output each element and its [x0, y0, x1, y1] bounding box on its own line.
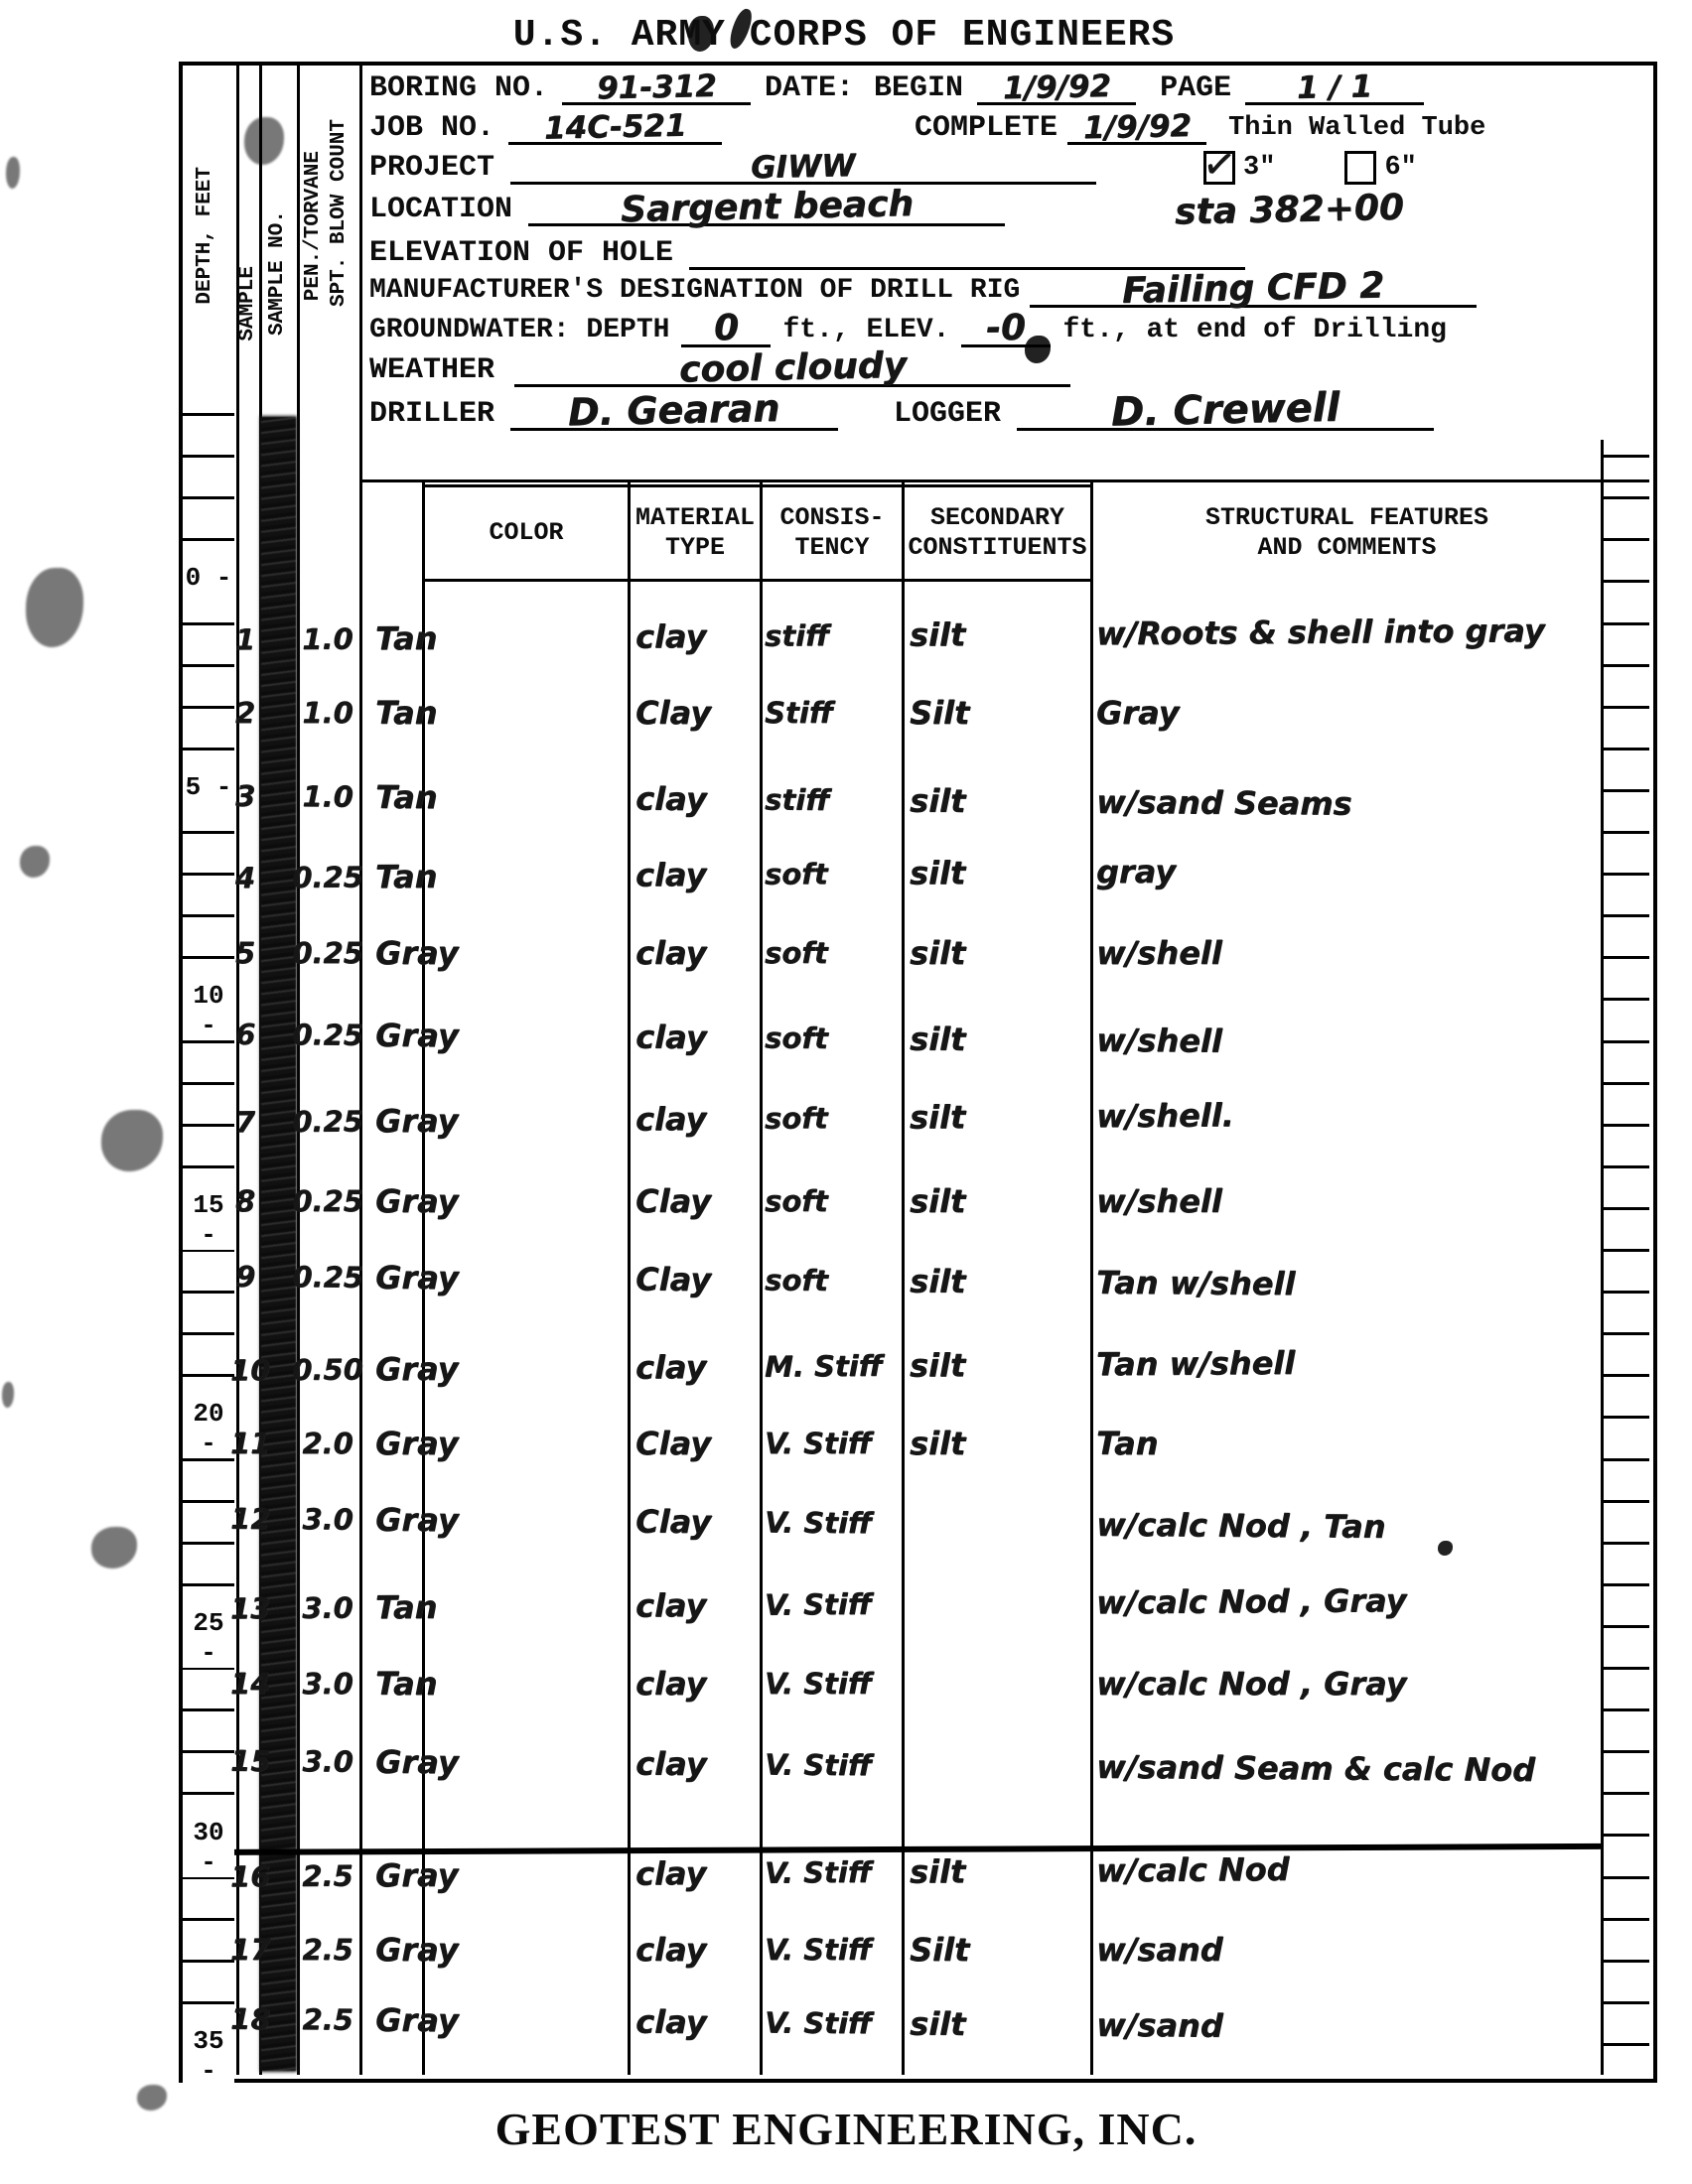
material-value: clay: [635, 1101, 757, 1138]
logger-label: LOGGER: [894, 397, 1001, 431]
table-row: 6 0.25 Gray clay soft silt w/shell: [0, 1015, 1692, 1092]
ruler-tick: [181, 496, 234, 499]
consistency-value: soft: [765, 1183, 899, 1219]
pen-torvane-value: 0.25: [288, 859, 367, 895]
sample-no-value: 7: [230, 1104, 260, 1140]
comments-value: w/calc Nod , Gray: [1096, 1580, 1648, 1620]
groundwater-label: GROUNDWATER: DEPTH: [369, 314, 669, 347]
ruler-tick: [1603, 1416, 1649, 1419]
checkbox-6in-empty: [1344, 151, 1376, 185]
comments-value: Tan w/shell: [1096, 1265, 1648, 1304]
color-value: Gray: [369, 1018, 624, 1055]
color-value: Tan: [369, 1588, 624, 1626]
column-header-material-label: MATERIAL TYPE: [635, 503, 755, 563]
material-value: clay: [635, 857, 757, 893]
consistency-value: V. Stiff: [765, 1746, 899, 1783]
table-row: 3 1.0 Tan clay stiff silt w/sand Seams: [0, 776, 1692, 854]
comments-value: w/shell: [1096, 1023, 1648, 1062]
consistency-value: V. Stiff: [765, 1666, 899, 1702]
ruler-tick: [1603, 1500, 1649, 1503]
secondary-value: silt: [910, 1852, 1078, 1889]
comments-value: w/Roots & shell into gray: [1096, 612, 1648, 651]
color-value: Gray: [369, 1350, 624, 1388]
consistency-value: Stiff: [765, 695, 899, 731]
column-header-material: MATERIAL TYPE: [628, 484, 763, 582]
begin-label: BEGIN: [874, 71, 963, 105]
comments-value: w/sand: [1096, 2007, 1648, 2047]
pen-torvane-value: 1.0: [288, 620, 367, 657]
ruler-tick: [1603, 1165, 1649, 1168]
location-label: LOCATION: [369, 193, 512, 226]
logger-value: D. Crewell: [1111, 393, 1340, 428]
sample-no-value: 8: [230, 1183, 260, 1219]
location-line: LOCATION Sargent beach sta 382+00: [369, 193, 1557, 226]
scan-artifact: [6, 157, 20, 189]
pen-torvane-value: 0.25: [288, 1103, 367, 1140]
spt-blow-count-label: SPT. BLOW COUNT: [328, 119, 351, 307]
column-header-comments: STRUCTURAL FEATURES AND COMMENTS: [1090, 484, 1604, 582]
job-no-label: JOB NO.: [369, 111, 494, 145]
color-value: Gray: [369, 1744, 624, 1782]
secondary-value: silt: [910, 615, 1078, 652]
ruler-tick: [1603, 496, 1649, 499]
sample-no-value: 5: [230, 935, 260, 971]
sample-no-value: 4: [230, 860, 260, 895]
pen-torvane-value: 1.0: [288, 778, 367, 815]
sample-no-label: SAMPLE NO.: [266, 210, 289, 336]
ruler-tick: [181, 455, 234, 458]
column-header-consistency-label: CONSIS- TENCY: [779, 503, 884, 563]
material-value: clay: [635, 1020, 757, 1056]
tube-label: Thin Walled Tube: [1228, 111, 1485, 145]
pen-torvane-value: 3.0: [288, 1743, 367, 1780]
secondary-value: silt: [910, 1183, 1078, 1219]
weather-label: WEATHER: [369, 353, 494, 387]
date-complete-value: 1/9/92: [1082, 111, 1192, 143]
gw-elev-value: -0: [986, 314, 1027, 344]
table-row: 16 2.5 Gray clay V. Stiff silt w/calc No…: [0, 1848, 1692, 1926]
job-no-line: JOB NO. 14C-521 COMPLETE 1/9/92 Thin Wal…: [369, 111, 1485, 145]
ruler-tick: [181, 538, 234, 541]
location-value: Sargent beach: [620, 190, 914, 225]
pen-torvane-value: 2.5: [288, 1857, 367, 1894]
station-value: sta 382+00: [1174, 194, 1403, 228]
drill-rig-value: Failing CFD 2: [1122, 271, 1385, 307]
ruler-tick: [1603, 455, 1649, 458]
consistency-value: V. Stiff: [765, 1426, 899, 1461]
ruler-tick: [1603, 1918, 1649, 1921]
consistency-value: V. Stiff: [765, 1854, 899, 1891]
column-header-color-label: COLOR: [489, 518, 563, 548]
pen-torvane-value: 2.0: [288, 1426, 367, 1461]
tube-3-label: 3": [1243, 151, 1275, 185]
weather-line: WEATHER cool cloudy: [369, 353, 1090, 387]
secondary-value: silt: [910, 1098, 1078, 1135]
drill-rig-line: MANUFACTURER'S DESIGNATION OF DRILL RIG …: [369, 274, 1486, 308]
ruler-tick: [181, 1082, 234, 1085]
ruler-tick: [1603, 1834, 1649, 1837]
rule-right-ruler: [1601, 440, 1604, 2075]
sample-no-value: 12: [230, 1501, 260, 1537]
company-footer: GEOTEST ENGINEERING, INC.: [0, 2103, 1692, 2155]
table-row: 18 2.5 Gray clay V. Stiff silt w/sand: [0, 1999, 1692, 2077]
consistency-value: V. Stiff: [765, 2004, 899, 2041]
color-value: Gray: [369, 1102, 624, 1140]
sample-no-value: 18: [230, 2001, 260, 2037]
consistency-value: soft: [765, 1100, 899, 1137]
table-row: 11 2.0 Gray Clay V. Stiff silt Tan: [0, 1426, 1692, 1491]
sample-no-value: 17: [230, 1932, 260, 1968]
secondary-value: silt: [910, 935, 1078, 971]
rule-header-bottom: [359, 479, 1649, 482]
material-value: clay: [635, 781, 757, 818]
pen-torvane-value: 2.5: [288, 2001, 367, 2038]
comments-value: w/sand: [1096, 1932, 1648, 1968]
boring-no-label: BORING NO.: [369, 71, 548, 105]
table-row: 1 1.0 Tan clay stiff silt w/Roots & shel…: [0, 612, 1692, 689]
sample-no-value: 1: [230, 621, 260, 657]
column-header-color: COLOR: [422, 484, 631, 582]
secondary-value: Silt: [910, 1932, 1078, 1968]
ruler-tick: [181, 1332, 234, 1335]
material-value: Clay: [635, 1426, 757, 1461]
consistency-value: stiff: [765, 617, 899, 654]
sample-no-value: 10: [230, 1352, 260, 1388]
weather-value: cool cloudy: [678, 351, 907, 386]
material-value: Clay: [635, 695, 757, 731]
comments-value: w/shell.: [1096, 1094, 1648, 1134]
driller-label: DRILLER: [369, 397, 494, 431]
color-value: Gray: [369, 935, 624, 971]
elevation-line: ELEVATION OF HOLE: [369, 236, 1261, 270]
material-value: clay: [635, 2004, 757, 2041]
table-row: 7 0.25 Gray clay soft silt w/shell.: [0, 1094, 1692, 1171]
page-value: 1 / 1: [1297, 71, 1373, 103]
comments-value: Gray: [1096, 695, 1648, 731]
secondary-value: [910, 1505, 1078, 1506]
sample-no-value: 11: [230, 1426, 260, 1461]
sample-no-value: 3: [230, 778, 260, 814]
date-label: DATE:: [765, 71, 854, 105]
project-label: PROJECT: [369, 151, 494, 185]
material-value: Clay: [635, 1504, 757, 1541]
boring-no-line: BORING NO. 91-312 DATE: BEGIN 1/9/92 PAG…: [369, 71, 1438, 105]
color-value: Gray: [369, 1183, 624, 1219]
comments-value: Tan: [1096, 1426, 1648, 1461]
check-icon: ✓: [1199, 140, 1239, 190]
pen-torvane-value: 0.25: [288, 1259, 367, 1296]
consistency-value: soft: [765, 935, 899, 971]
pen-torvane-value: 0.25: [288, 1183, 367, 1219]
material-value: Clay: [635, 1262, 757, 1298]
color-value: Gray: [369, 1426, 624, 1461]
secondary-value: silt: [910, 2005, 1078, 2042]
column-header-secondary-label: SECONDARY CONSTITUENTS: [908, 503, 1086, 563]
sample-no-value: 16: [230, 1858, 260, 1894]
column-header-comments-label: STRUCTURAL FEATURES AND COMMENTS: [1205, 503, 1488, 563]
color-value: Gray: [369, 1502, 624, 1540]
sample-no-value: 13: [230, 1590, 260, 1626]
sample-no-value: 2: [230, 695, 260, 731]
pen-torvane-value: 1.0: [288, 695, 367, 731]
consistency-value: soft: [765, 1020, 899, 1056]
color-value: Tan: [369, 1666, 624, 1702]
checkbox-3in-checked: ✓: [1203, 151, 1235, 185]
gw-mid-label: ft., ELEV.: [782, 314, 949, 347]
table-row: 2 1.0 Tan Clay Stiff Silt Gray: [0, 695, 1692, 760]
comments-value: w/calc Nod: [1096, 1848, 1648, 1888]
sample-no-value: 6: [230, 1017, 260, 1052]
table-row: 8 0.25 Gray Clay soft silt w/shell: [0, 1183, 1692, 1249]
secondary-value: silt: [910, 854, 1078, 890]
consistency-value: V. Stiff: [765, 1504, 899, 1541]
elevation-label: ELEVATION OF HOLE: [369, 236, 673, 270]
table-row: 17 2.5 Gray clay V. Stiff Silt w/sand: [0, 1932, 1692, 1997]
sample-label: SAMPLE: [236, 266, 259, 341]
pen-torvane-label: PEN./TORVANE: [302, 151, 325, 301]
table-row: 9 0.25 Gray Clay soft silt Tan w/shell: [0, 1257, 1692, 1334]
pen-torvane-value: 3.0: [288, 1501, 367, 1538]
ruler-tick: [1603, 538, 1649, 541]
consistency-value: M. Stiff: [765, 1348, 899, 1385]
complete-label: COMPLETE: [915, 111, 1057, 145]
sample-no-value: 15: [230, 1743, 260, 1779]
color-value: Tan: [369, 695, 624, 731]
project-line: PROJECT GIWW ✓ 3" 6": [369, 151, 1417, 185]
table-row: 13 3.0 Tan clay V. Stiff w/calc Nod , Gr…: [0, 1580, 1692, 1658]
secondary-value: silt: [910, 1346, 1078, 1383]
pen-torvane-value: 3.0: [288, 1589, 367, 1626]
material-value: clay: [635, 1746, 757, 1783]
ruler-tick: [181, 413, 234, 416]
table-row: 4 0.25 Tan clay soft silt gray: [0, 850, 1692, 927]
consistency-value: soft: [765, 856, 899, 892]
ruler-tick: [1603, 1249, 1649, 1252]
secondary-value: silt: [910, 1426, 1078, 1461]
comments-value: Tan w/shell: [1096, 1342, 1648, 1382]
secondary-value: silt: [910, 1263, 1078, 1299]
boring-log-scan: U.S. ARMY CORPS OF ENGINEERS DEPTH, FEET…: [0, 0, 1692, 2184]
secondary-value: [910, 1747, 1078, 1748]
boring-no-value: 91-312: [596, 71, 716, 104]
color-value: Gray: [369, 1856, 624, 1894]
driller-line: DRILLER D. Gearan LOGGER D. Crewell: [369, 395, 1450, 431]
job-no-value: 14C-521: [543, 111, 686, 144]
table-row: 5 0.25 Gray clay soft silt w/shell: [0, 935, 1692, 1001]
table-row: 10 0.50 Gray clay M. Stiff silt Tan w/sh…: [0, 1342, 1692, 1420]
pen-torvane-value: 3.0: [288, 1666, 367, 1702]
depth-label: 0 -: [183, 563, 234, 593]
pen-torvane-value: 0.25: [288, 1017, 367, 1053]
ruler-tick: [1603, 2001, 1649, 2004]
comments-value: w/sand Seam & calc Nod: [1096, 1749, 1648, 1789]
gw-depth-value: 0: [714, 314, 740, 344]
table-row: 15 3.0 Gray clay V. Stiff w/sand Seam & …: [0, 1741, 1692, 1819]
consistency-value: V. Stiff: [765, 1932, 899, 1968]
comments-value: w/shell: [1096, 935, 1648, 971]
form-title: U.S. ARMY CORPS OF ENGINEERS: [40, 14, 1648, 57]
color-value: Gray: [369, 1260, 624, 1297]
drill-rig-label: MANUFACTURER'S DESIGNATION OF DRILL RIG: [369, 274, 1020, 308]
column-header-consistency: CONSIS- TENCY: [760, 484, 905, 582]
pen-torvane-value: 0.25: [288, 935, 367, 971]
date-begin-value: 1/9/92: [1002, 71, 1111, 103]
color-value: Tan: [369, 619, 624, 657]
table-row: 12 3.0 Gray Clay V. Stiff w/calc Nod , T…: [0, 1499, 1692, 1576]
tube-6-label: 6": [1384, 151, 1416, 185]
driller-value: D. Gearan: [568, 393, 780, 427]
material-value: clay: [635, 935, 757, 971]
pen-torvane-value: 0.50: [288, 1351, 367, 1388]
consistency-value: stiff: [765, 781, 899, 818]
material-value: clay: [635, 1932, 757, 1968]
material-value: clay: [635, 1587, 757, 1624]
material-value: clay: [635, 1855, 757, 1892]
secondary-value: Silt: [910, 695, 1078, 731]
color-value: Tan: [369, 779, 624, 817]
secondary-value: silt: [910, 1021, 1078, 1057]
table-row: 14 3.0 Tan clay V. Stiff w/calc Nod , Gr…: [0, 1666, 1692, 1731]
sample-no-value: 9: [230, 1259, 260, 1295]
comments-value: w/calc Nod , Gray: [1096, 1666, 1648, 1702]
comments-value: w/shell: [1096, 1183, 1648, 1219]
material-value: clay: [635, 1349, 757, 1386]
comments-value: w/calc Nod , Tan: [1096, 1507, 1648, 1547]
secondary-value: [910, 1584, 1078, 1585]
consistency-value: soft: [765, 1262, 899, 1298]
color-value: Gray: [369, 1932, 624, 1968]
ruler-tick: [181, 1583, 234, 1586]
page-label: PAGE: [1160, 71, 1231, 105]
secondary-value: silt: [910, 782, 1078, 819]
groundwater-line: GROUNDWATER: DEPTH 0 ft., ELEV. -0 ft., …: [369, 314, 1447, 347]
material-value: clay: [635, 1666, 757, 1702]
consistency-value: V. Stiff: [765, 1586, 899, 1623]
project-value: GIWW: [751, 151, 856, 183]
ruler-tick: [1603, 580, 1649, 583]
color-value: Gray: [369, 2002, 624, 2040]
column-header-secondary: SECONDARY CONSTITUENTS: [902, 484, 1093, 582]
pen-torvane-value: 2.5: [288, 1932, 367, 1968]
comments-value: w/sand Seams: [1096, 784, 1648, 824]
sample-no-value: 14: [230, 1666, 260, 1702]
comments-value: gray: [1096, 850, 1648, 889]
color-value: Tan: [369, 858, 624, 895]
gw-end-label: ft., at end of Drilling: [1062, 314, 1446, 347]
material-value: Clay: [635, 1183, 757, 1219]
depth-feet-label: DEPTH, FEET: [194, 167, 216, 305]
material-value: clay: [635, 618, 757, 655]
